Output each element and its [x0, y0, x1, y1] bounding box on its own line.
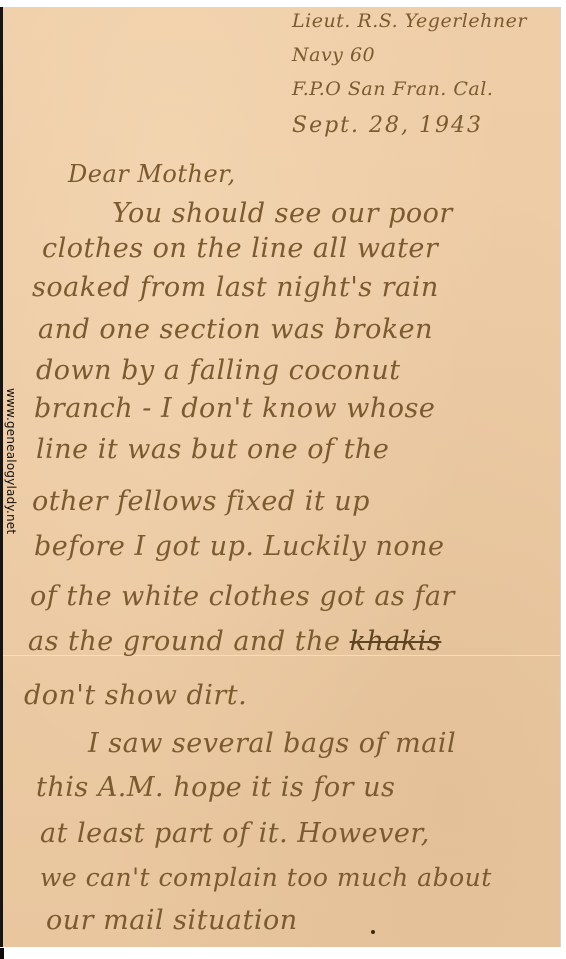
body-line-13: I saw several bags of mail	[88, 728, 456, 759]
letter-date: Sept. 28, 1943	[292, 113, 483, 138]
final-period	[371, 930, 375, 934]
body-line-11-text: as the ground and the	[28, 626, 341, 657]
body-line-5: down by a falling coconut	[36, 355, 401, 386]
sender-address: F.P.O San Fran. Cal.	[292, 78, 493, 100]
watermark-url: www.genealogylady.net	[4, 388, 18, 588]
scan-corner-mark	[0, 948, 4, 959]
body-line-16: we can't complain too much about	[40, 863, 492, 892]
body-line-6: branch - I don't know whose	[34, 393, 435, 424]
body-line-9: before I got up. Luckily none	[34, 531, 444, 562]
body-line-1: You should see our poor	[112, 198, 453, 229]
body-line-2: clothes on the line all water	[42, 233, 438, 264]
body-line-3: soaked from last night's rain	[32, 272, 439, 303]
body-line-11: as the ground and the khakis	[28, 626, 441, 657]
body-line-7: line it was but one of the	[36, 434, 389, 465]
body-line-10: of the white clothes got as far	[30, 581, 455, 612]
body-line-17: our mail situation	[46, 905, 298, 936]
sender-name: Lieut. R.S. Yegerlehner	[292, 10, 527, 32]
body-line-14: this A.M. hope it is for us	[36, 772, 395, 803]
body-line-12: don't show dirt.	[24, 680, 247, 711]
body-line-15: at least part of it. However,	[40, 818, 430, 849]
letter-paper	[3, 7, 561, 947]
salutation: Dear Mother,	[68, 160, 236, 188]
body-line-8: other fellows fixed it up	[32, 486, 370, 517]
body-line-4: and one section was broken	[38, 314, 433, 345]
sender-unit: Navy 60	[292, 44, 375, 66]
struck-word: khakis	[350, 626, 442, 657]
